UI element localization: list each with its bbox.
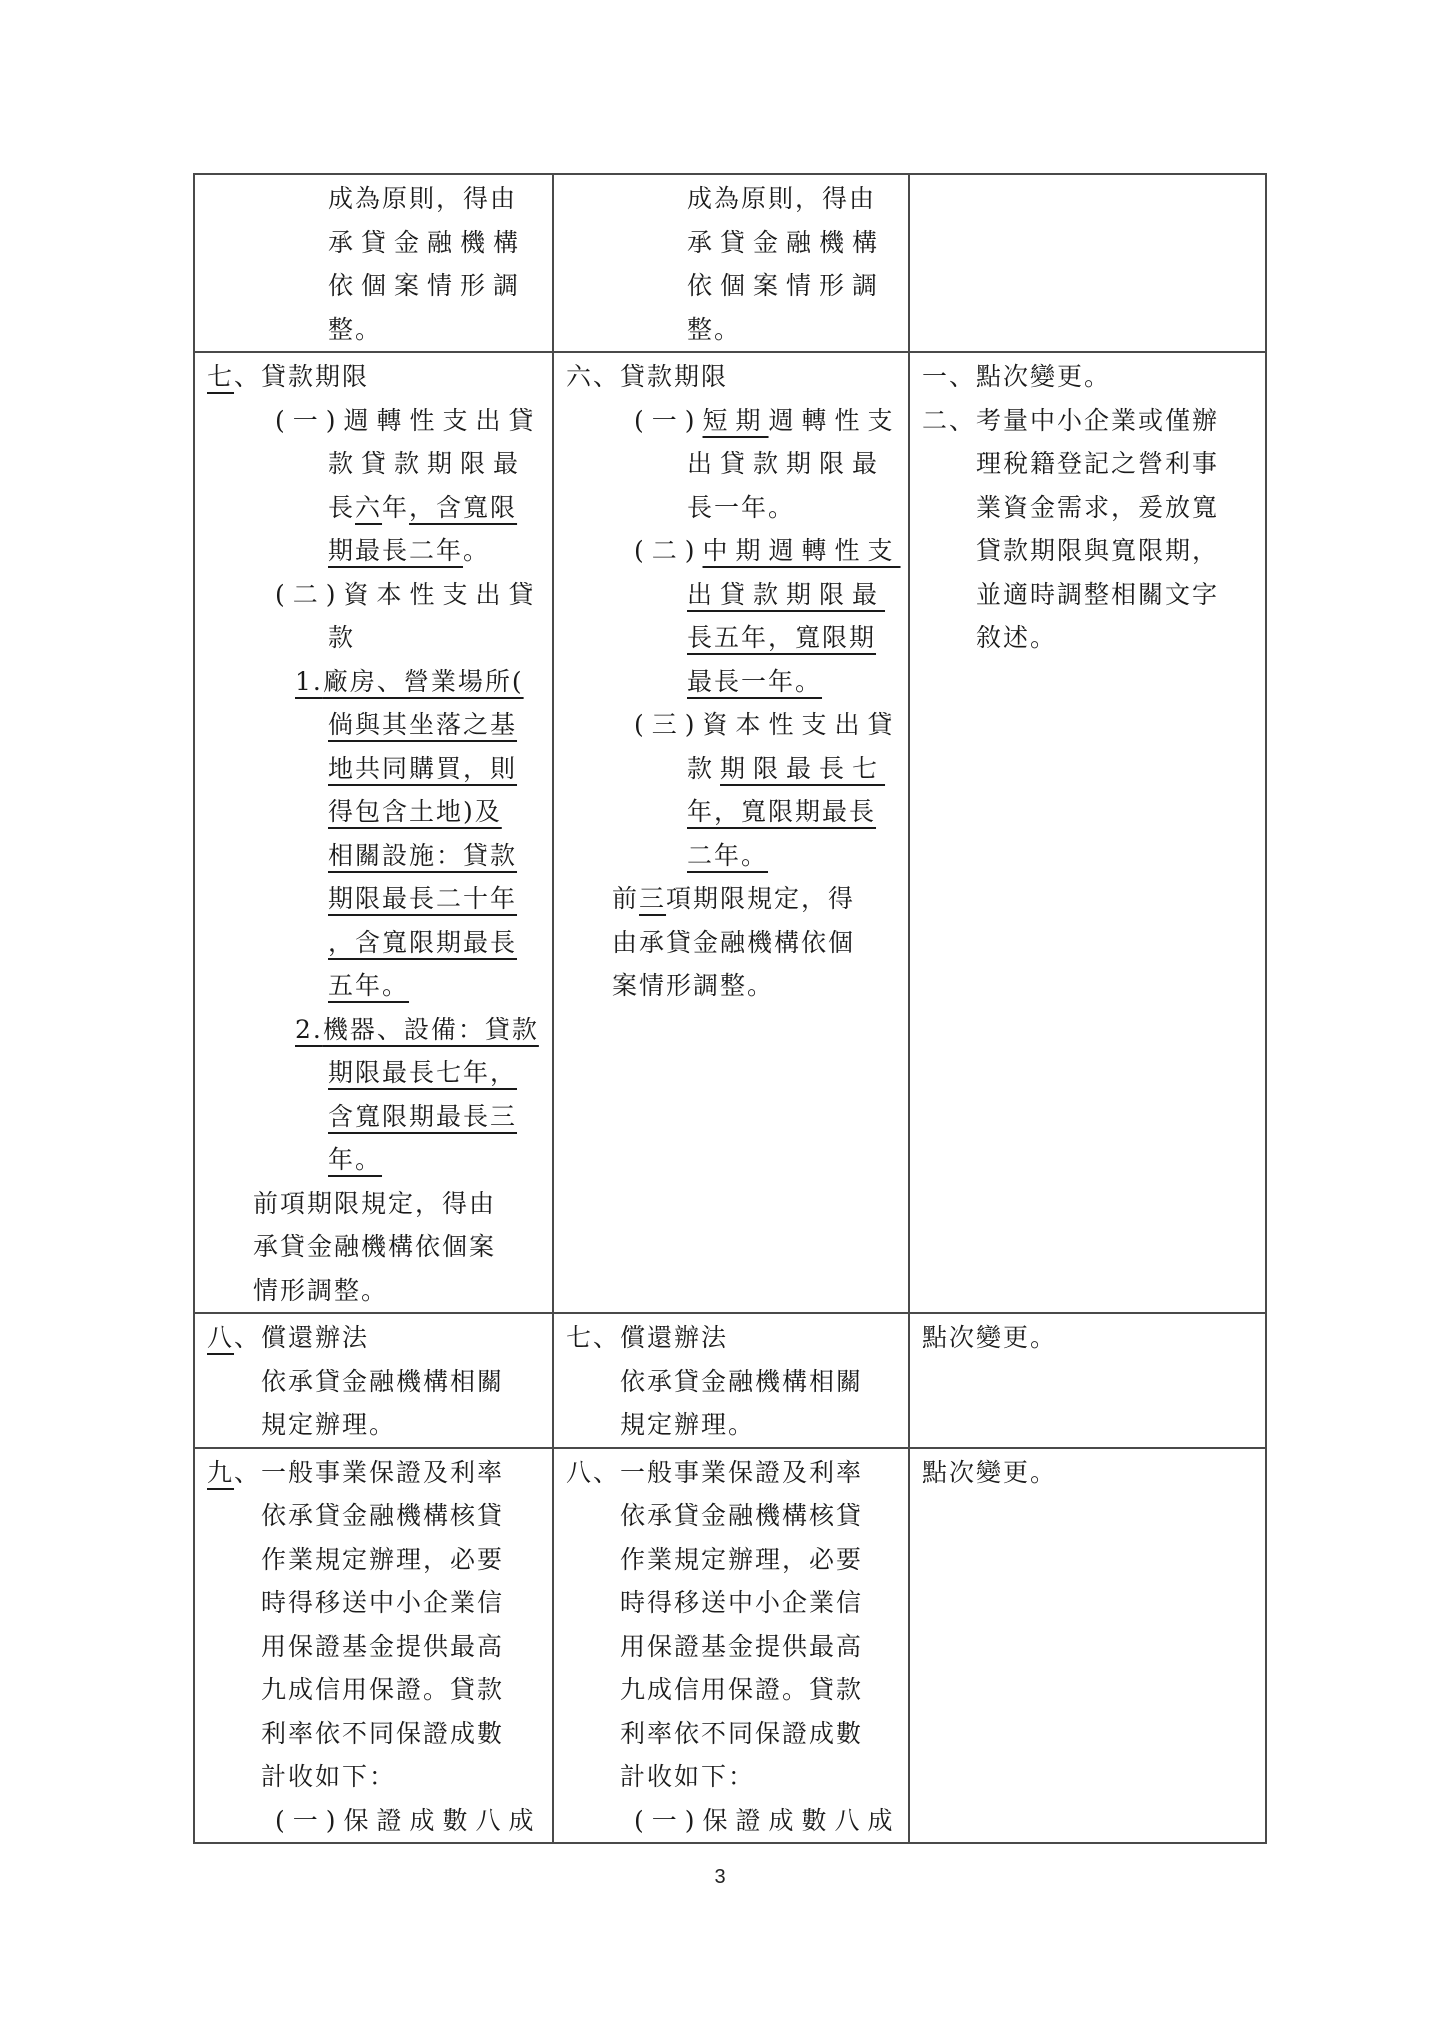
text-line: 計收如下： xyxy=(554,1755,908,1799)
table-row-loan-term: 七、貸款期限 (一)週轉性支出貸 款貸款期限最 長六年，含寬限 期最長二年。 (… xyxy=(194,352,1266,1313)
explanation-cell: 一、點次變更。 二、考量中小企業或僅辦 理稅籍登記之營利事 業資金需求，爰放寬 … xyxy=(909,352,1266,1313)
section-number: 八 xyxy=(566,1458,593,1487)
section-number: 九 xyxy=(207,1458,234,1487)
text-line: 並適時調整相關文字 xyxy=(910,573,1265,617)
current-cell: 七、償還辦法 依承貸金融機構相關 規定辦理。 xyxy=(553,1313,909,1448)
text-line: 依個案情形調 xyxy=(554,264,908,308)
text-line: 依承貸金融機構相關 xyxy=(554,1360,908,1404)
section-number: 八 xyxy=(207,1323,234,1352)
text-line: 含寬限期最長三 xyxy=(195,1095,552,1139)
explanation-item: 一、點次變更。 xyxy=(910,355,1265,399)
text-line: 用保證基金提供最高 xyxy=(195,1625,552,1669)
text-line: 最長一年。 xyxy=(554,660,908,704)
text-line: 出貸款期限最 xyxy=(554,442,908,486)
text-line: 二年。 xyxy=(554,834,908,878)
page-number: 3 xyxy=(0,1866,1440,1889)
text-line: 款貸款期限最 xyxy=(195,442,552,486)
text-line: 五年。 xyxy=(195,964,552,1008)
table-row-repayment: 八、償還辦法 依承貸金融機構相關 規定辦理。 七、償還辦法 依承貸金融機構相關 … xyxy=(194,1313,1266,1448)
text-line: 時得移送中小企業信 xyxy=(554,1581,908,1625)
text-line: 依承貸金融機構核貸 xyxy=(554,1494,908,1538)
section-number: 六 xyxy=(566,362,593,391)
text-line: 期最長二年。 xyxy=(195,529,552,573)
text-line: 出貸款期限最 xyxy=(554,573,908,617)
text-line: 利率依不同保證成數 xyxy=(554,1712,908,1756)
section-title: 償還辦法 xyxy=(261,1323,369,1352)
amended-cell: 九、一般事業保證及利率 依承貸金融機構核貸 作業規定辦理，必要 時得移送中小企業… xyxy=(194,1448,553,1844)
text-line: 承貸金融機構 xyxy=(195,221,552,265)
list-item: 2.機器、設備：貸款 xyxy=(195,1008,552,1052)
list-item: (二)中期週轉性支 xyxy=(554,529,908,573)
list-item: (三)資本性支出貸 xyxy=(554,703,908,747)
section-title: 一般事業保證及利率 xyxy=(620,1458,863,1487)
text-line: 利率依不同保證成數 xyxy=(195,1712,552,1756)
explanation-item: 二、考量中小企業或僅辦 xyxy=(910,399,1265,443)
table-row-guarantee-interest: 九、一般事業保證及利率 依承貸金融機構核貸 作業規定辦理，必要 時得移送中小企業… xyxy=(194,1448,1266,1844)
text-line: 情形調整。 xyxy=(195,1269,552,1313)
text-line: 成為原則，得由 xyxy=(195,177,552,221)
list-item: (二)資本性支出貸 xyxy=(195,573,552,617)
text-line: 點次變更。 xyxy=(910,1316,1265,1360)
list-item: 1.廠房、營業場所( xyxy=(195,660,552,704)
text-line: 依承貸金融機構相關 xyxy=(195,1360,552,1404)
text-line: 由承貸金融機構依個 xyxy=(554,921,908,965)
section-title: 貸款期限 xyxy=(261,362,369,391)
text-line: 規定辦理。 xyxy=(554,1403,908,1447)
text-line: 作業規定辦理，必要 xyxy=(195,1538,552,1582)
text-line: 長五年，寬限期 xyxy=(554,616,908,660)
text-line: 期限最長七年， xyxy=(195,1051,552,1095)
text-line: 敘述。 xyxy=(910,616,1265,660)
section-number: 七 xyxy=(207,362,234,391)
section-title: 償還辦法 xyxy=(620,1323,728,1352)
section-heading: 六、貸款期限 xyxy=(554,355,908,399)
text-line: 承貸金融機構依個案 xyxy=(195,1225,552,1269)
current-cell: 八、一般事業保證及利率 依承貸金融機構核貸 作業規定辦理，必要 時得移送中小企業… xyxy=(553,1448,909,1844)
text-line: 承貸金融機構 xyxy=(554,221,908,265)
text-line: 期限最長二十年 xyxy=(195,877,552,921)
text-line: 計收如下： xyxy=(195,1755,552,1799)
text-line: 依個案情形調 xyxy=(195,264,552,308)
text-line: 依承貸金融機構核貸 xyxy=(195,1494,552,1538)
text-line: 九成信用保證。貸款 xyxy=(554,1668,908,1712)
text-line: 理稅籍登記之營利事 xyxy=(910,442,1265,486)
text-line: 用保證基金提供最高 xyxy=(554,1625,908,1669)
text-line: 案情形調整。 xyxy=(554,964,908,1008)
text-line: 年。 xyxy=(195,1138,552,1182)
amended-cell: 八、償還辦法 依承貸金融機構相關 規定辦理。 xyxy=(194,1313,553,1448)
section-heading: 八、一般事業保證及利率 xyxy=(554,1451,908,1495)
text-line: 九成信用保證。貸款 xyxy=(195,1668,552,1712)
list-item: (一)短期週轉性支 xyxy=(554,399,908,443)
section-number: 七 xyxy=(566,1323,593,1352)
text-line: 時得移送中小企業信 xyxy=(195,1581,552,1625)
current-cell: 六、貸款期限 (一)短期週轉性支 出貸款期限最 長一年。 (二)中期週轉性支 出… xyxy=(553,352,909,1313)
text-line: 前項期限規定，得由 xyxy=(195,1182,552,1226)
text-line: 地共同購買，則 xyxy=(195,747,552,791)
text-line: 整。 xyxy=(554,308,908,352)
section-title: 貸款期限 xyxy=(620,362,728,391)
list-item: (一)週轉性支出貸 xyxy=(195,399,552,443)
document-page: 成為原則，得由 承貸金融機構 依個案情形調 整。 成為原則，得由 承貸金融機構 … xyxy=(0,0,1440,2037)
explanation-cell: 點次變更。 xyxy=(909,1313,1266,1448)
text-line: 規定辦理。 xyxy=(195,1403,552,1447)
table-row-continuation: 成為原則，得由 承貸金融機構 依個案情形調 整。 成為原則，得由 承貸金融機構 … xyxy=(194,174,1266,352)
text-line: 款期限最長七 xyxy=(554,747,908,791)
text-line: 款 xyxy=(195,616,552,660)
section-heading: 七、償還辦法 xyxy=(554,1316,908,1360)
text-line: ，含寬限期最長 xyxy=(195,921,552,965)
text-line: 整。 xyxy=(195,308,552,352)
list-item: (一)保證成數八成 xyxy=(554,1799,908,1843)
text-line: 長六年，含寬限 xyxy=(195,486,552,530)
text-line: 點次變更。 xyxy=(910,1451,1265,1495)
text-line: 得包含土地)及 xyxy=(195,790,552,834)
current-cell: 成為原則，得由 承貸金融機構 依個案情形調 整。 xyxy=(553,174,909,352)
section-heading: 八、償還辦法 xyxy=(195,1316,552,1360)
text-line: 業資金需求，爰放寬 xyxy=(910,486,1265,530)
amended-cell: 成為原則，得由 承貸金融機構 依個案情形調 整。 xyxy=(194,174,553,352)
amended-cell: 七、貸款期限 (一)週轉性支出貸 款貸款期限最 長六年，含寬限 期最長二年。 (… xyxy=(194,352,553,1313)
text-line: 倘與其坐落之基 xyxy=(195,703,552,747)
text-line: 成為原則，得由 xyxy=(554,177,908,221)
text-line: 前三項期限規定，得 xyxy=(554,877,908,921)
explanation-cell: 點次變更。 xyxy=(909,1448,1266,1844)
list-item: (一)保證成數八成 xyxy=(195,1799,552,1843)
section-title: 一般事業保證及利率 xyxy=(261,1458,504,1487)
text-line: 作業規定辦理，必要 xyxy=(554,1538,908,1582)
text-line: 年，寬限期最長 xyxy=(554,790,908,834)
explanation-cell xyxy=(909,174,1266,352)
section-heading: 九、一般事業保證及利率 xyxy=(195,1451,552,1495)
section-heading: 七、貸款期限 xyxy=(195,355,552,399)
text-line: 相關設施：貸款 xyxy=(195,834,552,878)
text-line: 長一年。 xyxy=(554,486,908,530)
text-line: 貸款期限與寬限期， xyxy=(910,529,1265,573)
amendment-comparison-table: 成為原則，得由 承貸金融機構 依個案情形調 整。 成為原則，得由 承貸金融機構 … xyxy=(193,173,1267,1844)
